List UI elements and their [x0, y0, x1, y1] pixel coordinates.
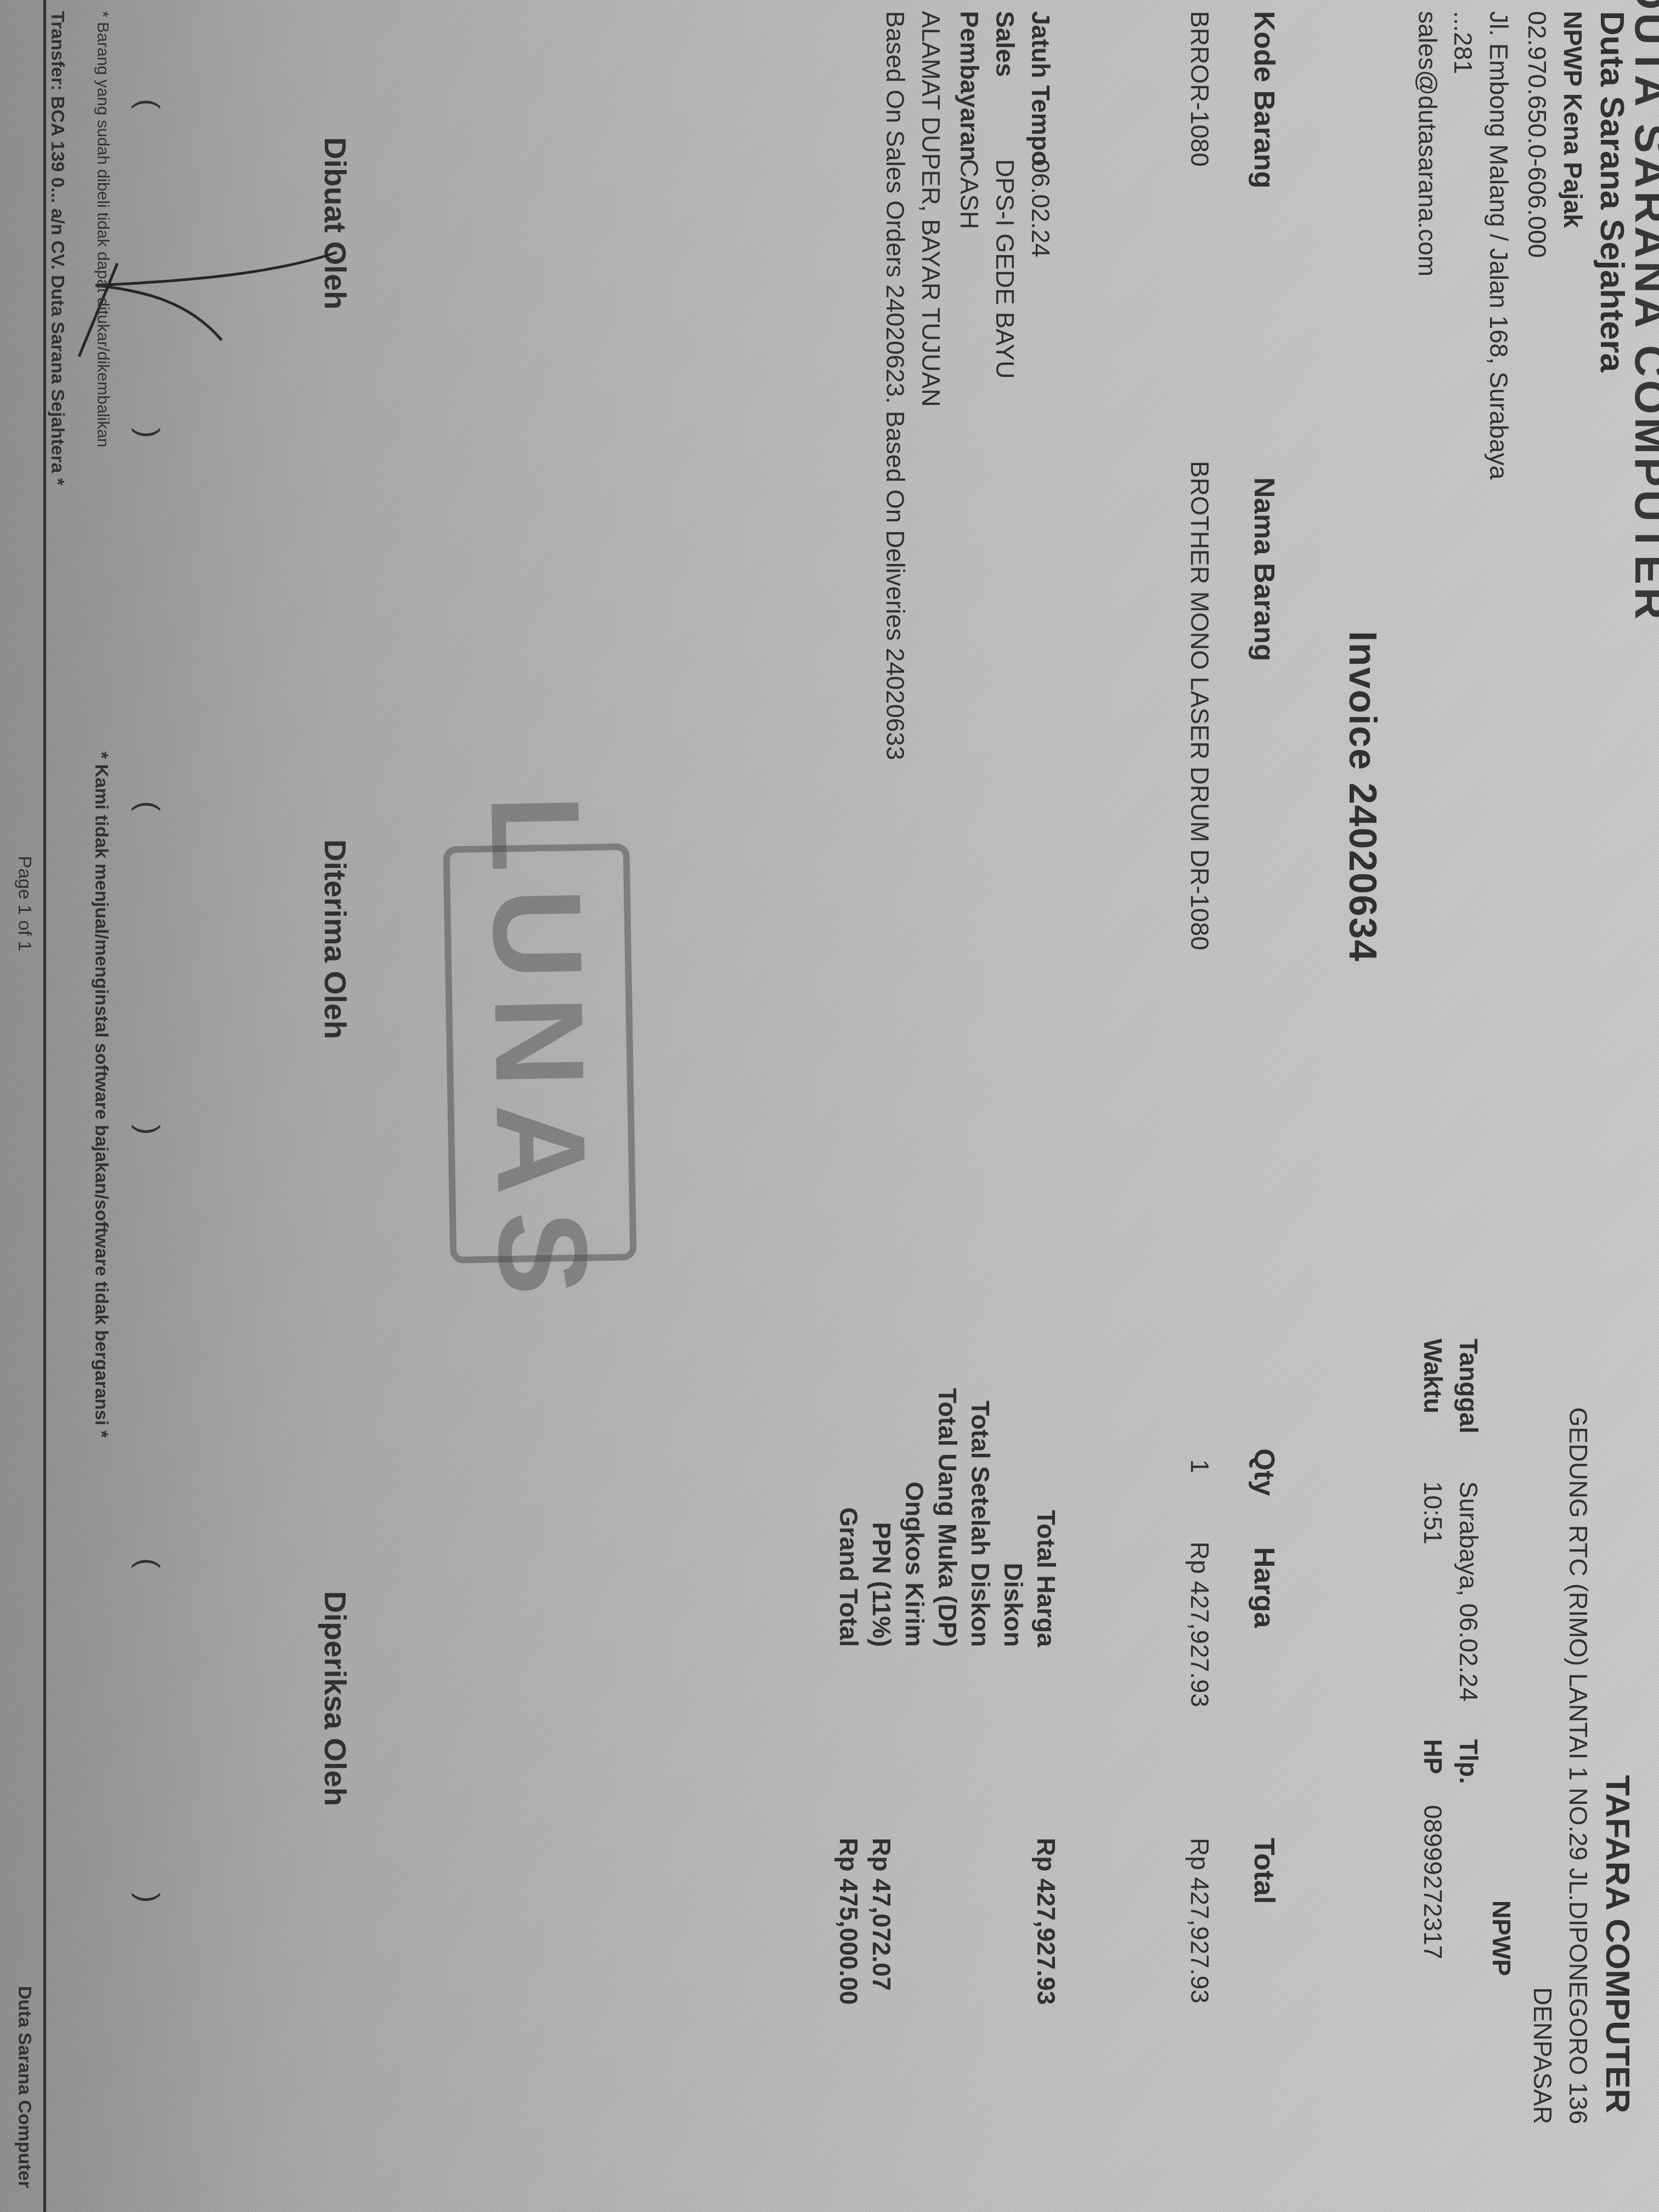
signature-paren-close: ): [131, 1125, 167, 1135]
column-header-qty: Qty: [1248, 1448, 1280, 1496]
signature-diperiksa-label: Diperiksa Oleh: [318, 1591, 353, 1806]
total-harga-label: Total Harga: [1031, 1510, 1061, 1647]
item-total: Rp 427,927.93: [1185, 1838, 1215, 2004]
signature-paren-open: (: [131, 99, 167, 109]
column-header-harga: Harga: [1248, 1547, 1280, 1628]
ongkos-kirim-label: Ongkos Kirim: [900, 1481, 929, 1647]
seller-npwp: 02.970.650.0-606.000: [1522, 11, 1552, 258]
item-nama: BROTHER MONO LASER DRUM DR-1080: [1185, 461, 1215, 950]
customer-name: TAFARA COMPUTER: [1598, 1775, 1637, 2113]
column-header-kode: Kode Barang: [1248, 11, 1280, 189]
invoice-paper: DUTA SARANA COMPUTER Duta Sarana Sejahte…: [0, 0, 1659, 2212]
ppn-label: PPN (11%): [867, 1522, 896, 1647]
customer-address-line1: GEDUNG RTC (RIMO) LANTAI 1 NO.29 JL.DIPO…: [1564, 1407, 1593, 2124]
sales-value: DPS-I GEDE BAYU: [990, 159, 1020, 379]
seller-name: Duta Sarana Sejahtera: [1593, 11, 1632, 372]
footer-note-left: * Barang yang sudah dibeli tidak dapat d…: [93, 11, 112, 448]
footer-brand: Duta Sarana Computer: [14, 1986, 35, 2188]
waktu-label: Waktu: [1418, 1339, 1448, 1413]
pembayaran-label: Pembayaran: [955, 11, 984, 161]
jatuh-tempo-value: 06.02.24: [1026, 159, 1056, 257]
signature-paren-open: (: [131, 1558, 167, 1568]
uang-muka-label: Total Uang Muka (DP): [933, 1388, 962, 1647]
grand-total-label: Grand Total: [834, 1507, 864, 1647]
diskon-label: Diskon: [998, 1563, 1028, 1647]
invoice-title: Invoice 24020634: [1341, 631, 1385, 962]
total-harga-value: Rp 427,927.93: [1031, 1838, 1061, 2005]
photo-background: DUTA SARANA COMPUTER Duta Sarana Sejahte…: [0, 0, 1659, 2212]
signature-paren-open: (: [131, 801, 167, 811]
hp-label: HP: [1418, 1739, 1448, 1774]
grand-total-value: Rp 475,000.00: [834, 1838, 864, 2005]
sales-label: Sales: [990, 11, 1020, 77]
tanggal-value: Surabaya, 06.02.24: [1454, 1481, 1483, 1702]
column-header-nama: Nama Barang: [1248, 477, 1280, 661]
customer-address-line2: DENPASAR: [1528, 1987, 1558, 2124]
hp-value: 08999272317: [1418, 1805, 1448, 1959]
tanggal-label: Tanggal: [1454, 1339, 1483, 1434]
signature-paren-close: ): [131, 1893, 167, 1903]
footer-note-center: * Kami tidak menjual/menginstal software…: [91, 752, 112, 1438]
tlp-label: Tlp.: [1454, 1739, 1483, 1784]
footer-divider: [43, 0, 46, 2212]
column-header-total: Total: [1248, 1838, 1280, 1904]
seller-npwp-label: NPWP Kena Pajak: [1558, 11, 1588, 228]
note-line1: ALAMAT DUPER, BAYAR TUJUAN: [916, 11, 946, 407]
footer-bank-info: Transfer: BCA 139 0... a/n CV. Duta Sara…: [47, 11, 68, 486]
item-kode: BRROR-1080: [1185, 11, 1215, 167]
lunas-stamp: LUNAS: [443, 843, 636, 1263]
item-harga: Rp 427,927.93: [1185, 1542, 1215, 1707]
total-setelah-diskon-label: Total Setelah Diskon: [966, 1401, 995, 1647]
seller-phone: ...281: [1448, 11, 1478, 74]
item-qty: 1: [1185, 1459, 1215, 1474]
page-indicator: Page 1 of 1: [14, 856, 35, 951]
signature-paren-close: ): [131, 428, 167, 438]
pembayaran-value: CASH: [955, 159, 984, 229]
seller-address: Jl. Embong Malang / Jalan 168, Surabaya: [1484, 11, 1514, 479]
jatuh-tempo-label: Jatuh Tempo: [1026, 11, 1056, 166]
waktu-value: 10:51: [1418, 1481, 1448, 1544]
customer-npwp-label: NPWP: [1487, 1900, 1516, 1976]
ppn-value: Rp 47,072.07: [867, 1838, 896, 1991]
note-line2: Based On Sales Orders 24020623. Based On…: [881, 11, 910, 760]
seller-email: sales@dutasarana.com: [1413, 11, 1442, 276]
signature-diterima-label: Diterima Oleh: [318, 839, 353, 1039]
